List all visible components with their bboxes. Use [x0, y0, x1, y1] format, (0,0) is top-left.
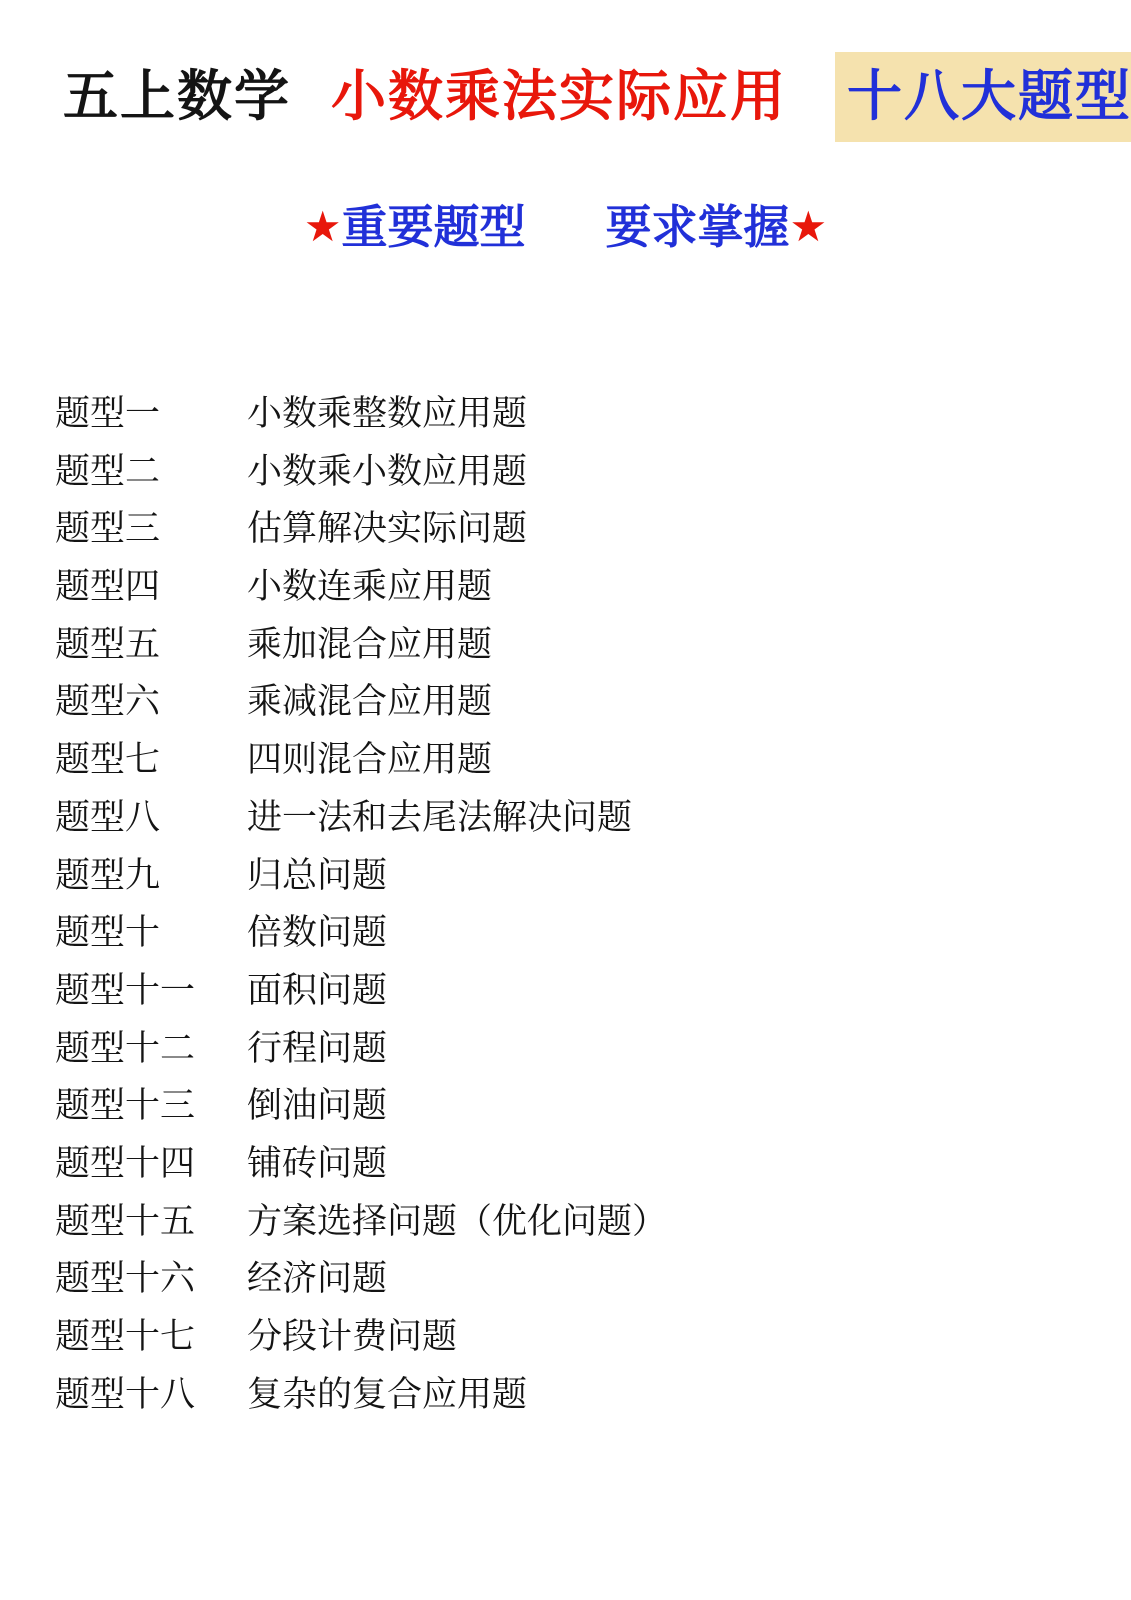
toc-row-title: 估算解决实际问题 [247, 508, 1131, 550]
toc-row-label: 题型十六 [55, 1258, 247, 1300]
toc-row: 题型十二 行程问题 [55, 1020, 1131, 1078]
subtitle-left: ★ 重要题型 [304, 200, 526, 255]
toc-row-label: 题型十 [55, 912, 247, 954]
star-icon: ★ [790, 202, 828, 252]
toc-row: 题型七 四则混合应用题 [55, 731, 1131, 789]
toc-row: 题型十一 面积问题 [55, 962, 1131, 1020]
toc-row-label: 题型五 [55, 624, 247, 666]
star-icon: ★ [304, 202, 342, 252]
toc-row-label: 题型十七 [55, 1316, 247, 1358]
toc-row-title: 复杂的复合应用题 [247, 1374, 1131, 1416]
toc-row-label: 题型十四 [55, 1143, 247, 1185]
toc-row-title: 乘减混合应用题 [247, 681, 1131, 723]
toc-row-label: 题型十二 [55, 1028, 247, 1070]
subtitle-left-text: 重要题型 [342, 200, 526, 255]
toc-row: 题型十七 分段计费问题 [55, 1308, 1131, 1366]
toc-row-label: 题型十五 [55, 1201, 247, 1243]
toc-row: 题型十 倍数问题 [55, 904, 1131, 962]
toc-row-label: 题型十三 [55, 1085, 247, 1127]
toc-row-title: 方案选择问题（优化问题） [247, 1201, 1131, 1243]
toc-row-title: 小数乘整数应用题 [247, 393, 1131, 435]
toc-row: 题型十六 经济问题 [55, 1251, 1131, 1309]
toc-row-title: 分段计费问题 [247, 1316, 1131, 1358]
subtitle-right-text: 要求掌握 [606, 200, 790, 255]
toc-row-label: 题型十一 [55, 970, 247, 1012]
toc-row: 题型二 小数乘小数应用题 [55, 443, 1131, 501]
toc-row: 题型十三 倒油问题 [55, 1077, 1131, 1135]
toc-row: 题型五 乘加混合应用题 [55, 616, 1131, 674]
toc-row: 题型四 小数连乘应用题 [55, 558, 1131, 616]
toc-row: 题型十八 复杂的复合应用题 [55, 1366, 1131, 1424]
toc-list: 题型一 小数乘整数应用题 题型二 小数乘小数应用题 题型三 估算解决实际问题 题… [55, 385, 1131, 1423]
toc-row-title: 铺砖问题 [247, 1143, 1131, 1185]
toc-row-label: 题型八 [55, 797, 247, 839]
toc-row-label: 题型二 [55, 451, 247, 493]
toc-row-title: 小数连乘应用题 [247, 566, 1131, 608]
badge-highlight: 十八大题型 [835, 52, 1131, 142]
topic-name: 小数乘法实际应用 [331, 64, 787, 130]
toc-row-title: 面积问题 [247, 970, 1131, 1012]
toc-row-title: 乘加混合应用题 [247, 624, 1131, 666]
page-title: 五上数学 小数乘法实际应用 十八大题型 [63, 52, 1131, 142]
toc-row: 题型十五 方案选择问题（优化问题） [55, 1193, 1131, 1251]
toc-row-title: 经济问题 [247, 1258, 1131, 1300]
toc-row-label: 题型四 [55, 566, 247, 608]
toc-row: 题型三 估算解决实际问题 [55, 501, 1131, 559]
toc-row-label: 题型七 [55, 739, 247, 781]
toc-row-label: 题型三 [55, 508, 247, 550]
toc-row: 题型八 进一法和去尾法解决问题 [55, 789, 1131, 847]
toc-row-title: 归总问题 [247, 855, 1131, 897]
worksheet-page: 五上数学 小数乘法实际应用 十八大题型 ★ 重要题型 要求掌握 ★ 题型一 小数… [0, 0, 1131, 1600]
subtitle-right: 要求掌握 ★ [606, 200, 828, 255]
toc-row: 题型九 归总问题 [55, 847, 1131, 905]
toc-row-label: 题型九 [55, 855, 247, 897]
toc-row-title: 行程问题 [247, 1028, 1131, 1070]
toc-row: 题型一 小数乘整数应用题 [55, 385, 1131, 443]
toc-row-title: 进一法和去尾法解决问题 [247, 797, 1131, 839]
toc-row-title: 倒油问题 [247, 1085, 1131, 1127]
subtitle: ★ 重要题型 要求掌握 ★ [0, 200, 1131, 255]
course-name: 五上数学 [63, 64, 291, 130]
toc-row-title: 倍数问题 [247, 912, 1131, 954]
toc-row-title: 小数乘小数应用题 [247, 451, 1131, 493]
toc-row-title: 四则混合应用题 [247, 739, 1131, 781]
toc-row-label: 题型十八 [55, 1374, 247, 1416]
toc-row-label: 题型六 [55, 681, 247, 723]
toc-row: 题型六 乘减混合应用题 [55, 674, 1131, 732]
toc-row: 题型十四 铺砖问题 [55, 1135, 1131, 1193]
toc-row-label: 题型一 [55, 393, 247, 435]
